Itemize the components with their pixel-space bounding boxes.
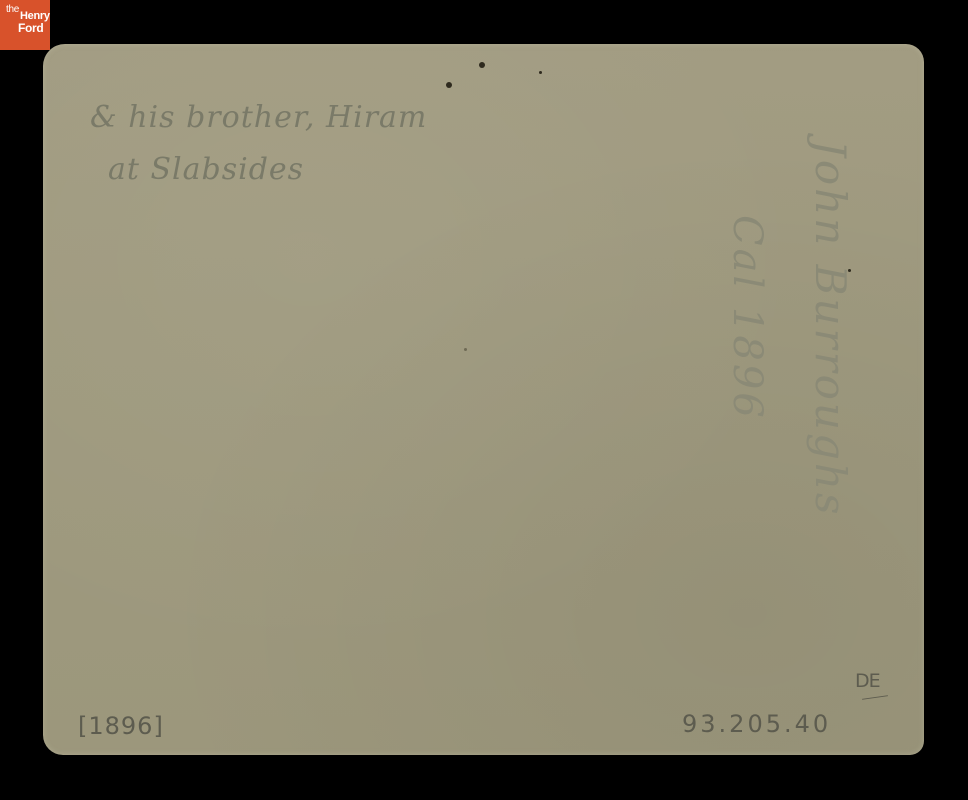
handwritten-caption-line-1: & his brother, Hiram [90,100,427,135]
logo-ford: Ford [18,22,50,34]
foxing-spot [464,348,467,351]
vertical-handwriting: John Burroughs Cal 1896 [690,140,890,600]
accession-number: 93.205.40 [682,710,831,738]
date-bracket: [1896] [78,712,164,740]
handwritten-caption-line-2: at Slabsides [108,152,304,187]
vertical-name: John Burroughs [806,140,855,517]
foxing-spot [479,62,485,68]
vertical-date: Cal 1896 [724,215,770,421]
foxing-spot [446,82,452,88]
initials: DE [855,670,880,692]
the-henry-ford-logo: the Henry Ford [0,0,50,50]
foxing-spot [539,71,542,74]
